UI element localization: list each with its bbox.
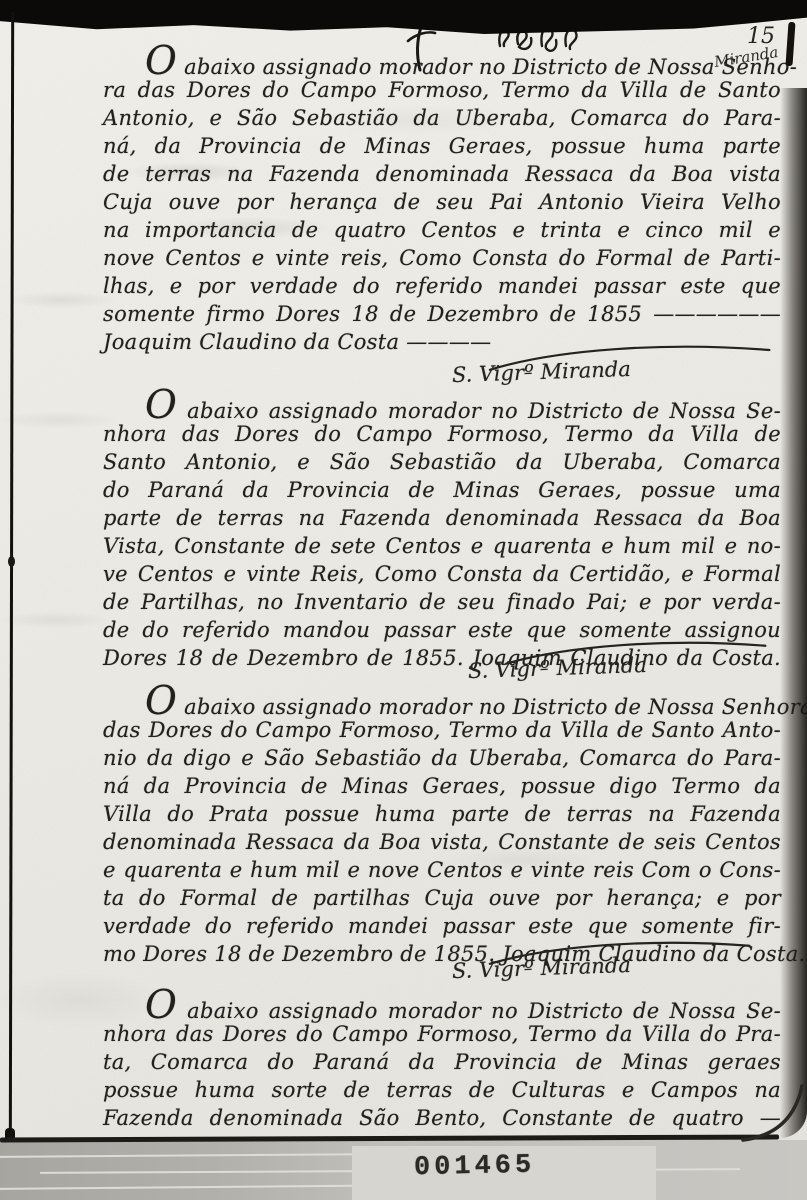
vicar-signature: S. Vigrº Miranda [452,953,632,983]
manuscript-line: nhora das Dores do Campo Formoso, Termo … [103,420,781,448]
manuscript-line: nhora das Dores do Campo Formoso, Termo … [103,1020,781,1048]
manuscript-line: Fazenda denominada São Bento, Constante … [103,1104,781,1132]
manuscript-line: O abaixo assignado morador no Districto … [103,992,781,1020]
manuscript-line: ve Centos e vinte Reis, Como Consta da C… [103,560,781,588]
manuscript-line: denominada Ressaca da Boa vista, Constan… [103,828,781,856]
manuscript-page: 15 Miranda O abaixo assignado morador no… [0,0,807,1200]
entry-paragraph-3: O abaixo assignado morador no Districto … [103,688,781,968]
manuscript-line: nio da digo e São Sebastião da Uberaba, … [103,744,781,772]
manuscript-line: ná, da Provincia de Minas Geraes, possue… [103,132,781,160]
manuscript-line: Vista, Constante de sete Centos e quaren… [103,532,781,560]
manuscript-line: ta, Comarca do Paraná da Provincia de Mi… [103,1048,781,1076]
manuscript-line: possue huma sorte de terras de Culturas … [103,1076,781,1104]
stamp-number: 001465 [414,1151,536,1184]
manuscript-line: parte de terras na Fazenda denominada Re… [103,504,781,532]
manuscript-line: ta do Formal de partilhas Cuja ouve por … [103,884,781,912]
manuscript-line: O abaixo assignado morador no Districto … [103,48,781,76]
page-corner-curve [740,1080,807,1149]
manuscript-line: lhas, e por verdade do referido mandei p… [103,272,781,300]
manuscript-line: Villa do Prata possue huma parte de terr… [103,800,781,828]
manuscript-line: das Dores do Campo Formoso, Termo da Vil… [103,716,781,744]
manuscript-line: somente firmo Dores 18 de Dezembro de 18… [103,300,781,328]
page-right-edge [780,88,807,1138]
manuscript-line: do Paraná da Provincia de Minas Geraes, … [103,476,781,504]
manuscript-line: nove Centos e vinte reis, Como Consta do… [103,244,781,272]
binding-ink-dot [8,556,15,567]
manuscript-line: Santo Antonio, e São Sebastião da Uberab… [103,448,781,476]
entry-paragraph-1: O abaixo assignado morador no Districto … [103,48,781,356]
manuscript-line: de Partilhas, no Inventario de seu finad… [103,588,781,616]
manuscript-line: ná da Provincia de Minas Geraes, possue … [103,772,781,800]
manuscript-line: na importancia de quatro Centos e trinta… [103,216,781,244]
manuscript-line: O abaixo assignado morador no Districto … [103,688,781,716]
manuscript-line: Antonio, e São Sebastião da Uberaba, Com… [103,104,781,132]
vicar-signature: S. Vigrº Miranda [452,357,632,387]
manuscript-line: e quarenta e hum mil e nove Centos e vin… [103,856,781,884]
manuscript-line: Cuja ouve por herança de seu Pai Antonio… [103,188,781,216]
entry-paragraph-4: O abaixo assignado morador no Districto … [103,992,781,1132]
manuscript-line: ra das Dores do Campo Formoso, Termo da … [103,76,781,104]
manuscript-line: verdade do referido mandei passar este q… [103,912,781,940]
entry-paragraph-2: O abaixo assignado morador no Districto … [103,392,781,672]
vicar-signature: S. Vigrº Miranda [468,653,648,683]
manuscript-line: de terras na Fazenda denominada Ressaca … [103,160,781,188]
manuscript-text: O abaixo assignado morador no Districto … [0,0,807,1200]
manuscript-line: O abaixo assignado morador no Districto … [103,392,781,420]
